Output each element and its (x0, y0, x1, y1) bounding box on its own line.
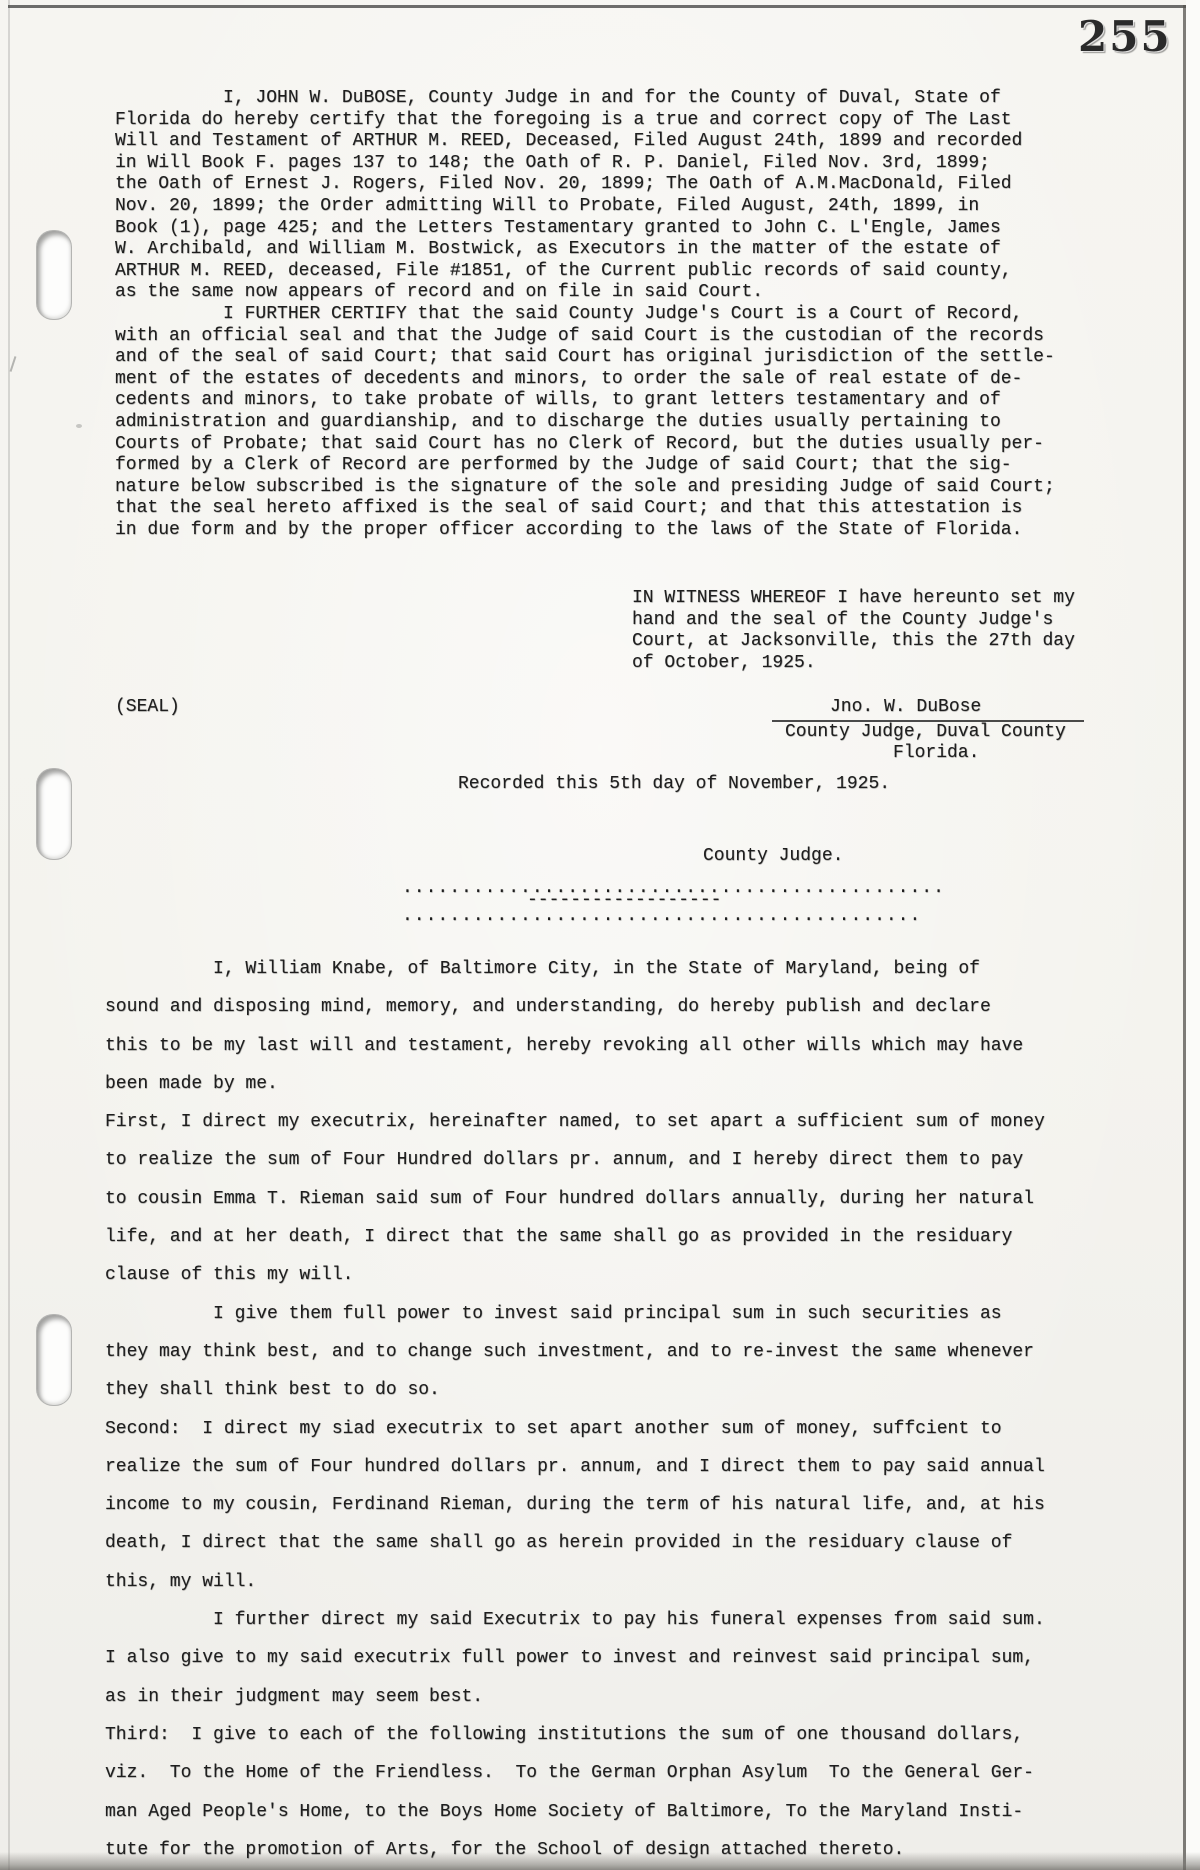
text-line: been made by me. (105, 1065, 1045, 1103)
text-line: death, I direct that the same shall go a… (105, 1524, 1045, 1562)
text-line: clause of this my will. (105, 1256, 1045, 1294)
text-line: Book (1), page 425; and the Letters Test… (115, 218, 1055, 240)
binder-hole (36, 768, 72, 860)
text-line: Third: I give to each of the following i… (105, 1716, 1045, 1754)
scan-edge-right (1183, 5, 1186, 1870)
county-judge-label: County Judge. (703, 846, 843, 866)
text-line: tute for the promotion of Arts, for the … (105, 1831, 1045, 1869)
text-line: this, my will. (105, 1563, 1045, 1601)
seal-label: (SEAL) (115, 697, 180, 717)
scanned-document-page: 255 I, JOHN W. DuBOSE, County Judge in a… (0, 0, 1200, 1870)
scan-artifact (10, 356, 17, 372)
text-line: I also give to my said executrix full po… (105, 1639, 1045, 1677)
text-line: I further direct my said Executrix to pa… (105, 1601, 1045, 1639)
text-line: W. Archibald, and William M. Bostwick, a… (115, 239, 1055, 261)
text-line: with an official seal and that the Judge… (115, 326, 1055, 348)
scan-margin-right (1186, 0, 1200, 1870)
text-line: sound and disposing mind, memory, and un… (105, 988, 1045, 1026)
text-line: life, and at her death, I direct that th… (105, 1218, 1045, 1256)
text-line: cedents and minors, to take probate of w… (115, 390, 1055, 412)
text-line: this to be my last will and testament, h… (105, 1027, 1045, 1065)
text-line: ARTHUR M. REED, deceased, File #1851, of… (115, 261, 1055, 283)
text-line: Court, at Jacksonville, this the 27th da… (632, 631, 1075, 653)
text-line: they shall think best to do so. (105, 1371, 1045, 1409)
text-line: as the same now appears of record and on… (115, 282, 1055, 304)
will-paragraphs: I, William Knabe, of Baltimore City, in … (105, 950, 1045, 1869)
text-line: and of the seal of said Court; that said… (115, 347, 1055, 369)
text-line: I, William Knabe, of Baltimore City, in … (105, 950, 1045, 988)
recorded-date-line: Recorded this 5th day of November, 1925. (458, 774, 890, 794)
text-line: I FURTHER CERTIFY that the said County J… (115, 304, 1055, 326)
text-line: First, I direct my executrix, hereinafte… (105, 1103, 1045, 1141)
text-line: IN WITNESS WHEREOF I have hereunto set m… (632, 588, 1075, 610)
text-line: in due form and by the proper officer ac… (115, 520, 1055, 542)
text-line: viz. To the Home of the Friendless. To t… (105, 1754, 1045, 1792)
text-line: to cousin Emma T. Rieman said sum of Fou… (105, 1180, 1045, 1218)
text-line: as in their judgment may seem best. (105, 1678, 1045, 1716)
text-line: of October, 1925. (632, 653, 1075, 675)
text-line: man Aged People's Home, to the Boys Home… (105, 1793, 1045, 1831)
text-line: Florida do hereby certify that the foreg… (115, 110, 1055, 132)
page-number: 255 (1078, 12, 1172, 61)
certification-paragraphs: I, JOHN W. DuBOSE, County Judge in and f… (115, 88, 1055, 541)
binder-hole (36, 230, 72, 320)
text-line: hand and the seal of the County Judge's (632, 610, 1075, 632)
text-line: income to my cousin, Ferdinand Rieman, d… (105, 1486, 1045, 1524)
text-line: administration and guardianship, and to … (115, 412, 1055, 434)
scan-artifact (76, 424, 82, 428)
binder-hole (36, 1314, 72, 1406)
text-line: formed by a Clerk of Record are performe… (115, 455, 1055, 477)
dotted-separator-bottom: ........................................… (402, 906, 921, 926)
judge-signature-title: County Judge, Duval County (785, 722, 1066, 742)
witness-clause: IN WITNESS WHEREOF I have hereunto set m… (632, 588, 1075, 674)
text-line: nature below subscribed is the signature… (115, 477, 1055, 499)
text-line: the Oath of Ernest J. Rogers, Filed Nov.… (115, 174, 1055, 196)
scan-edge-top (8, 5, 1200, 8)
scan-edge-left (8, 0, 10, 1870)
text-line: Second: I direct my siad executrix to se… (105, 1410, 1045, 1448)
text-line: Nov. 20, 1899; the Order admitting Will … (115, 196, 1055, 218)
text-line: I, JOHN W. DuBOSE, County Judge in and f… (115, 88, 1055, 110)
text-line: they may think best, and to change such … (105, 1333, 1045, 1371)
judge-signature-state: Florida. (893, 743, 979, 763)
text-line: Will and Testament of ARTHUR M. REED, De… (115, 131, 1055, 153)
text-line: ment of the estates of decedents and min… (115, 369, 1055, 391)
text-line: realize the sum of Four hundred dollars … (105, 1448, 1045, 1486)
judge-signature-name: Jno. W. DuBose (830, 697, 981, 717)
text-line: Courts of Probate; that said Court has n… (115, 434, 1055, 456)
text-line: I give them full power to invest said pr… (105, 1295, 1045, 1333)
text-line: to realize the sum of Four Hundred dolla… (105, 1141, 1045, 1179)
text-line: that the seal hereto affixed is the seal… (115, 498, 1055, 520)
text-line: in Will Book F. pages 137 to 148; the Oa… (115, 153, 1055, 175)
